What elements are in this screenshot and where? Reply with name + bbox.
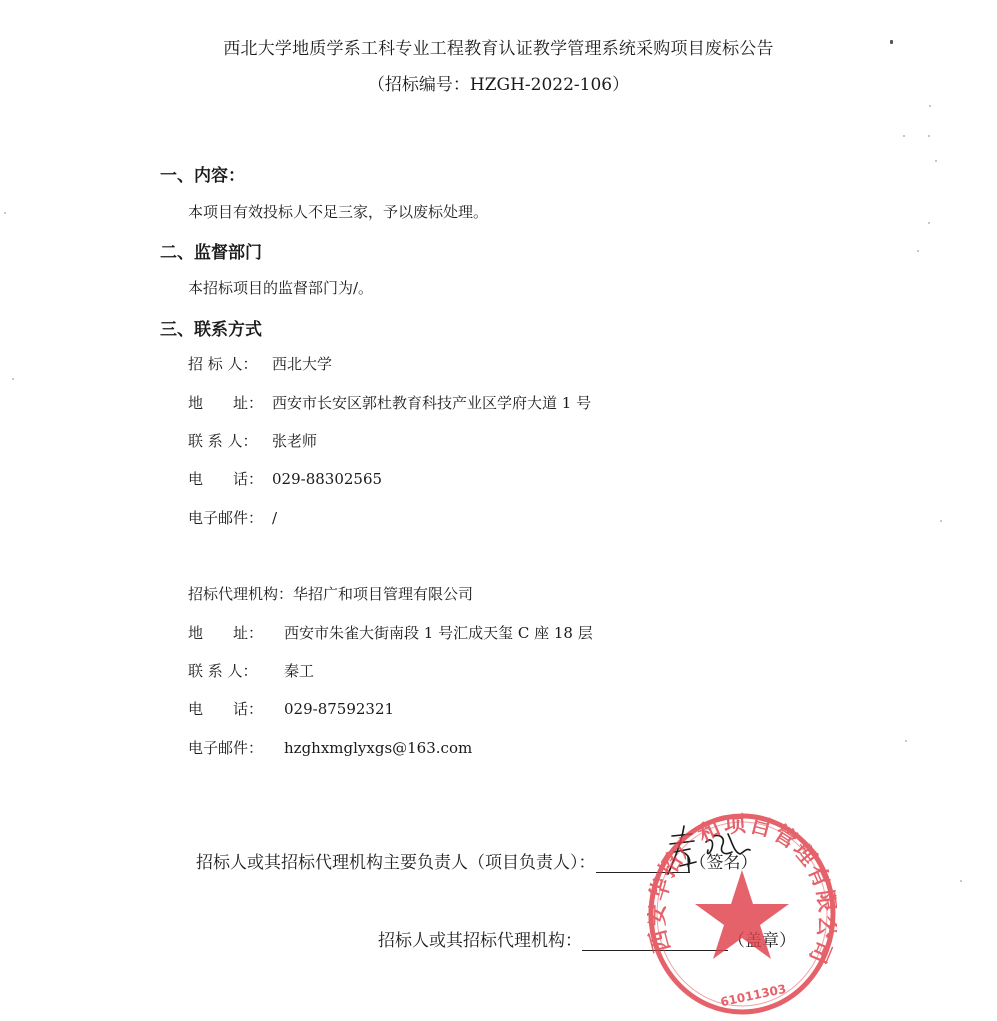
- field-value: 西安市长安区郭杜教育科技产业区学府大道 1 号: [272, 394, 591, 412]
- signature-underline: [596, 852, 690, 873]
- agency-phone-row: 电 话：029-87592321: [188, 698, 394, 719]
- responsible-signature-line: 招标人或其招标代理机构主要负责人（项目负责人）：（签名）: [196, 848, 758, 873]
- field-label: 地 址：: [188, 392, 272, 413]
- field-label: 招 标 人：: [188, 353, 272, 374]
- field-value: /: [272, 509, 277, 527]
- section-heading-content: 一、内容：: [160, 161, 245, 186]
- section-body-content: 本项目有效投标人不足三家，予以废标处理。: [188, 201, 488, 222]
- field-label: 联 系 人：: [188, 430, 272, 451]
- responsible-label: 招标人或其招标代理机构主要负责人（项目负责人）：: [196, 853, 596, 873]
- agency-address-row: 地 址：西安市朱雀大街南段 1 号汇成天玺 C 座 18 层: [188, 622, 593, 643]
- field-value: 029-87592321: [284, 700, 394, 718]
- field-label: 联 系 人：: [188, 660, 284, 681]
- document-title: 西北大学地质学系工科专业工程教育认证教学管理系统采购项目废标公告: [0, 34, 997, 59]
- section-body-supervision: 本招标项目的监督部门为/。: [188, 277, 373, 298]
- organization-seal-line: 招标人或其招标代理机构：（盖章）: [378, 926, 796, 951]
- field-value: 秦工: [284, 662, 314, 680]
- field-label: 电 话：: [188, 698, 284, 719]
- agency-contact-row: 联 系 人：秦工: [188, 660, 314, 681]
- agency-name-row: 招标代理机构：华招广和项目管理有限公司: [188, 583, 473, 604]
- field-label: 电 话：: [188, 468, 272, 489]
- field-label: 电子邮件：: [188, 507, 272, 528]
- tenderer-phone-row: 电 话：029-88302565: [188, 468, 382, 489]
- section-heading-contact: 三、联系方式: [160, 315, 262, 340]
- field-value: 张老师: [272, 432, 317, 450]
- seal-suffix: （盖章）: [728, 931, 796, 951]
- seal-underline: [582, 930, 728, 951]
- tenderer-name-row: 招 标 人：西北大学: [188, 353, 332, 374]
- field-value: hzghxmglyxgs@163.com: [284, 739, 472, 757]
- tender-number: （招标编号：HZGH-2022-106）: [0, 70, 997, 95]
- field-label: 地 址：: [188, 622, 284, 643]
- svg-text:61011303: 61011303: [719, 982, 787, 1010]
- organization-label: 招标人或其招标代理机构：: [378, 931, 582, 951]
- tenderer-contact-row: 联 系 人：张老师: [188, 430, 317, 451]
- field-label: 招标代理机构：: [188, 585, 293, 603]
- section-heading-supervision: 二、监督部门: [160, 238, 262, 263]
- tenderer-address-row: 地 址：西安市长安区郭杜教育科技产业区学府大道 1 号: [188, 392, 591, 413]
- field-label: 电子邮件：: [188, 737, 284, 758]
- field-value: 029-88302565: [272, 470, 382, 488]
- tenderer-email-row: 电子邮件：/: [188, 507, 277, 528]
- official-seal-icon: 西安华招广和项目管理有限公司 61011303: [647, 812, 837, 1016]
- field-value: 西安市朱雀大街南段 1 号汇成天玺 C 座 18 层: [284, 624, 593, 642]
- sign-suffix: （签名）: [690, 853, 758, 873]
- field-value: 华招广和项目管理有限公司: [293, 585, 473, 603]
- agency-email-row: 电子邮件：hzghxmglyxgs@163.com: [188, 737, 472, 758]
- field-value: 西北大学: [272, 355, 332, 373]
